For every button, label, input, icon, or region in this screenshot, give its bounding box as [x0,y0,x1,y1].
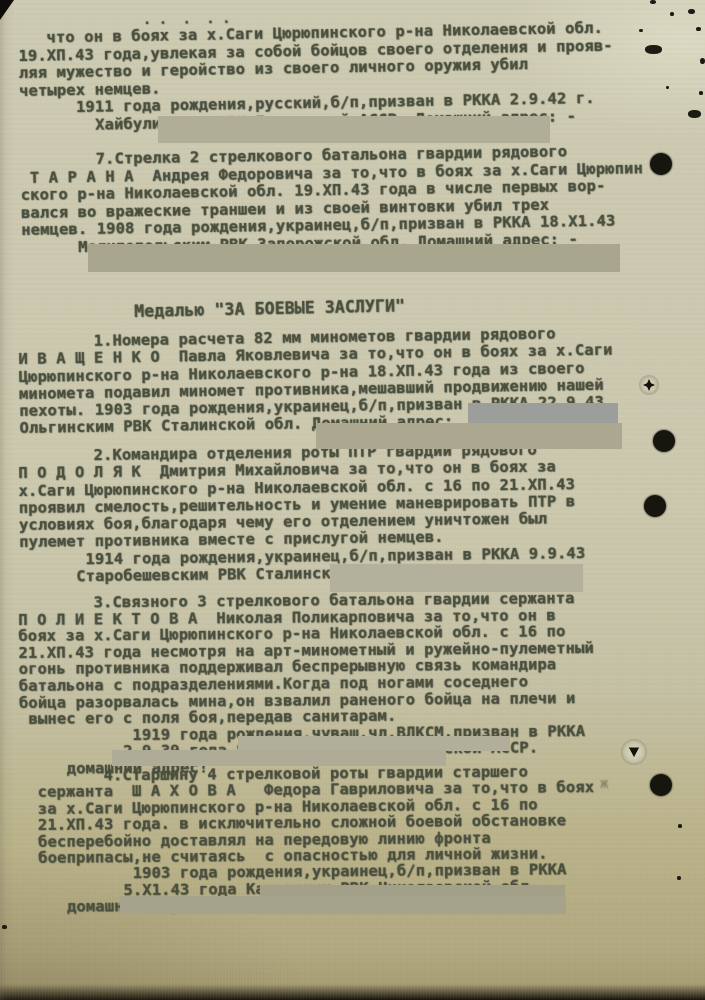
ink-speck [670,12,674,16]
ink-speck [688,9,695,14]
ink-speck [2,925,7,929]
ink-dot [644,495,666,517]
redaction-bar [330,564,583,592]
ink-speck [700,58,705,64]
ink-speck [639,29,643,32]
hole-punch [639,375,659,395]
ink-speck [650,0,656,4]
redaction-bar [238,736,510,751]
ink-dot [650,153,672,175]
medal-heading: Медалью "ЗА БОЕВЫЕ ЗАСЛУГИ" [134,297,405,321]
redaction-bar [112,750,446,766]
corner-tear [0,0,14,20]
redaction-bar [316,423,622,449]
ink-speck [696,27,701,31]
faint-stamp-mark: ж [600,776,608,792]
redaction-bar [158,116,550,143]
document-scan: . . . . . что он в боях за х.Саги Цюрюпи… [0,0,705,1000]
hole-punch [621,739,647,765]
punch-triangle-mark [626,744,642,760]
redaction-bar [120,896,566,914]
redaction-bar [88,244,620,272]
ink-speck [678,824,682,828]
ink-speck [677,876,681,880]
ink-speck [666,86,669,89]
punch-star-mark [643,379,655,391]
ink-speck [645,45,662,54]
ink-speck [699,91,703,95]
ink-dot [650,774,672,796]
redaction-bar [468,403,618,423]
ink-speck [688,110,701,118]
ink-dot [653,430,675,452]
paragraph-7-taran: 7.Стрелка 2 стрелкового батальона гварди… [20,142,644,257]
